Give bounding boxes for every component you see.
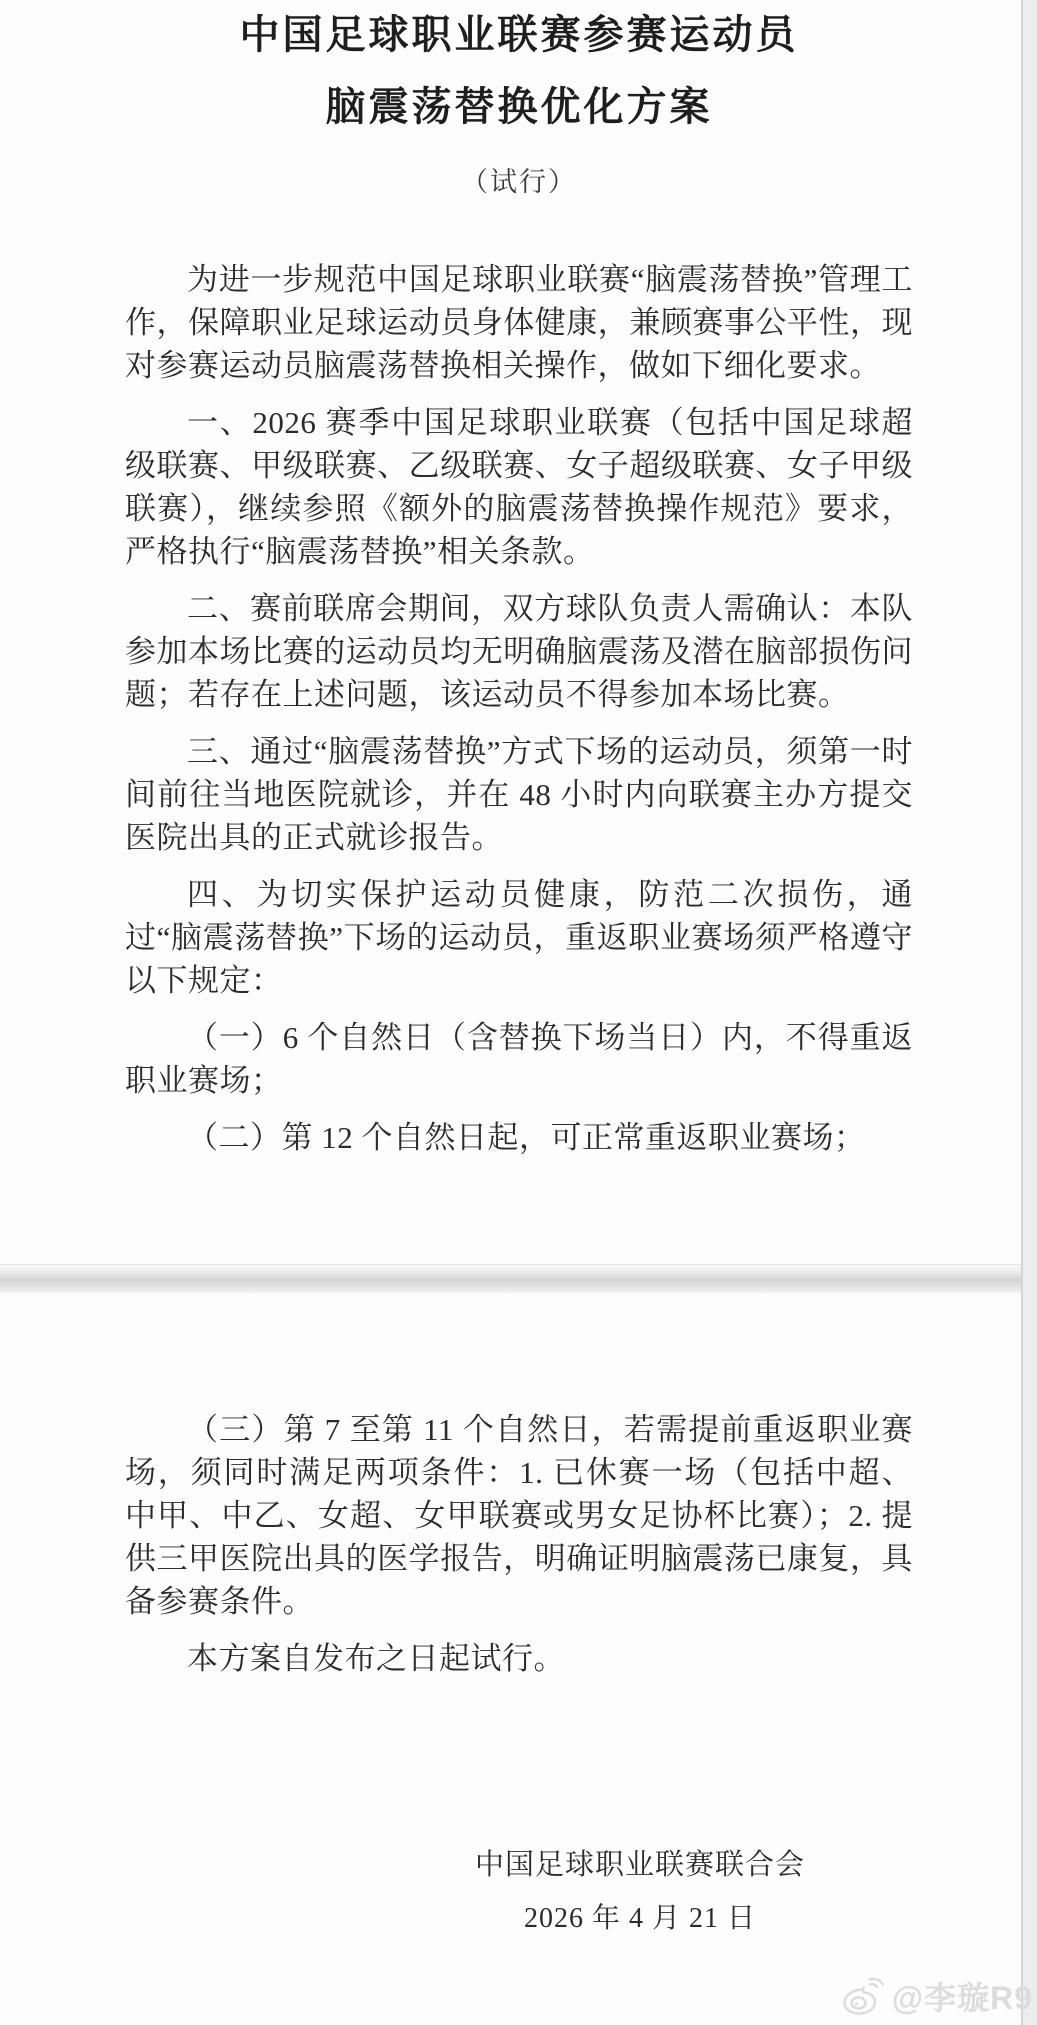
page-break-divider <box>0 1264 1037 1293</box>
paragraph-rule-1: （一）6 个自然日（含替换下场当日）内，不得重返职业赛场； <box>125 1016 913 1102</box>
document-photo: 中国足球职业联赛参赛运动员 脑震荡替换优化方案 （试行） 为进一步规范中国足球职… <box>0 0 1037 2025</box>
watermark-handle: @李璇R9 <box>892 1973 1033 2019</box>
issue-date: 2026 年 4 月 21 日 <box>400 1897 880 1940</box>
paragraph-intro: 为进一步规范中国足球职业联赛“脑震荡替换”管理工作，保障职业足球运动员身体健康，… <box>125 258 913 387</box>
paragraph-rule-2: （二）第 12 个自然日起，可正常重返职业赛场； <box>125 1116 913 1159</box>
document-page-1: 中国足球职业联赛参赛运动员 脑震荡替换优化方案 （试行） 为进一步规范中国足球职… <box>0 0 1023 1264</box>
document-title-line1: 中国足球职业联赛参赛运动员 <box>125 0 913 60</box>
weibo-icon <box>842 1977 886 2015</box>
photo-edge-strip <box>1021 0 1037 2025</box>
document-title-line2: 脑震荡替换优化方案 <box>125 82 913 132</box>
paragraph-article-2: 二、赛前联席会期间，双方球队负责人需确认：本队参加本场比赛的运动员均无明确脑震荡… <box>125 587 913 716</box>
paragraph-rule-3: （三）第 7 至第 11 个自然日，若需提前重返职业赛场，须同时满足两项条件：1… <box>125 1408 913 1623</box>
paragraph-article-1: 一、2026 赛季中国足球职业联赛（包括中国足球超级联赛、甲级联赛、乙级联赛、女… <box>125 401 913 573</box>
paragraph-article-3: 三、通过“脑震荡替换”方式下场的运动员，须第一时间前往当地医院就诊，并在 48 … <box>125 730 913 859</box>
issuing-authority: 中国足球职业联赛联合会 <box>400 1844 880 1887</box>
document-page-2: （三）第 7 至第 11 个自然日，若需提前重返职业赛场，须同时满足两项条件：1… <box>0 1292 1023 2025</box>
document-subtitle: （试行） <box>125 164 913 200</box>
paragraph-article-4: 四、为切实保护运动员健康，防范二次损伤，通过“脑震荡替换”下场的运动员，重返职业… <box>125 873 913 1002</box>
watermark: @李璇R9 <box>842 1973 1033 2019</box>
signature-block: 中国足球职业联赛联合会 2026 年 4 月 21 日 <box>400 1844 880 1940</box>
paragraph-effective: 本方案自发布之日起试行。 <box>125 1637 913 1680</box>
